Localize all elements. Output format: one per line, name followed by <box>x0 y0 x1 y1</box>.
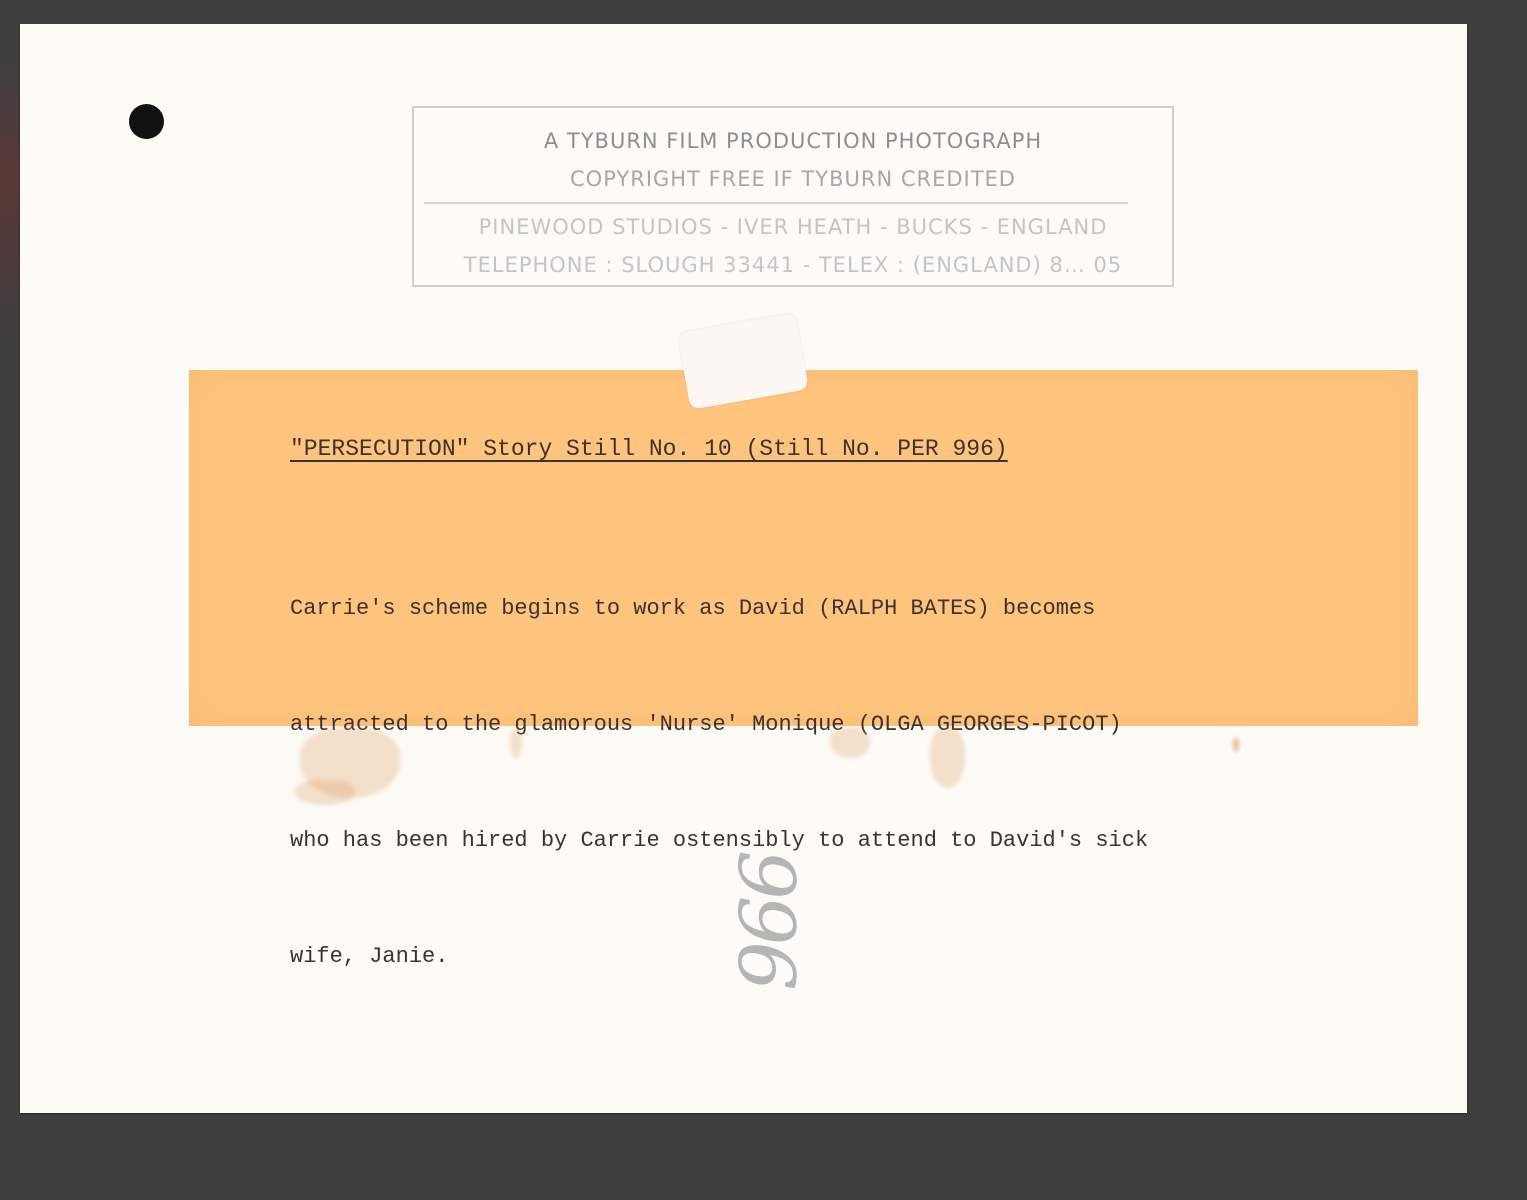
stamp-divider <box>424 202 1128 204</box>
stamp-line-1: A TYBURN FILM PRODUCTION PHOTOGRAPH <box>414 122 1172 160</box>
caption-line: who has been hired by Carrie ostensibly … <box>290 822 1390 861</box>
stamp-line-3: PINEWOOD STUDIOS - IVER HEATH - BUCKS - … <box>414 208 1172 246</box>
stamp-line-4: TELEPHONE : SLOUGH 33441 - TELEX : (ENGL… <box>414 246 1172 284</box>
handwritten-still-number: 996 <box>710 850 820 980</box>
glue-stain <box>295 780 355 805</box>
glue-stain <box>830 728 870 758</box>
hole-punch <box>129 104 164 139</box>
caption-title: "PERSECUTION" Story Still No. 10 (Still … <box>290 436 1008 462</box>
background-edge <box>0 60 20 340</box>
glue-stain <box>930 728 965 788</box>
tyburn-stamp: A TYBURN FILM PRODUCTION PHOTOGRAPH COPY… <box>412 106 1174 287</box>
stamp-line-2: COPYRIGHT FREE IF TYBURN CREDITED <box>414 160 1172 198</box>
caption-line: wife, Janie. <box>290 938 1390 977</box>
caption-line: Carrie's scheme begins to work as David … <box>290 590 1390 629</box>
glue-stain <box>510 728 522 758</box>
caption-body: Carrie's scheme begins to work as David … <box>290 513 1390 1015</box>
glue-stain <box>1233 738 1239 752</box>
